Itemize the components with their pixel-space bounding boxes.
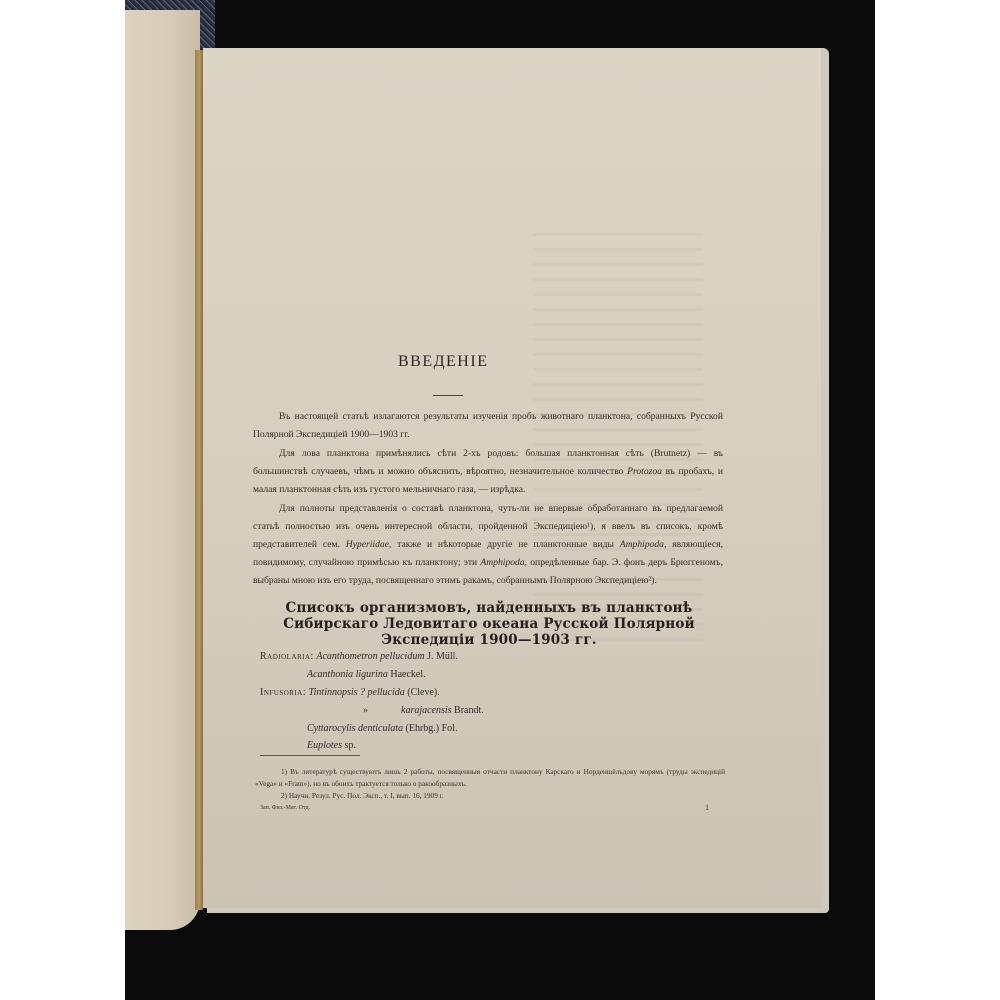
title-divider [433, 395, 463, 396]
footnote-1: 1) Въ литературѣ существуютъ лишь 2 рабо… [255, 766, 725, 790]
publication-footer: Зап. Физ.-Мат. Отд. [260, 805, 310, 811]
page-number: 1 [705, 803, 709, 812]
paragraph-2: Для лова планктона примѣнялись сѣти 2-хъ… [253, 445, 723, 499]
footnote-2: 2) Научн. Резул. Рус. Пол. Эксп., т. I, … [281, 790, 444, 802]
organism-row: Infusoria: Tintinnopsis ? pellucida (Cle… [260, 687, 440, 698]
footnote-divider [260, 755, 360, 756]
paragraph-1: Въ настоящей статьѣ излагаются результат… [253, 408, 723, 444]
paragraph-3: Для полноты представленія о составѣ план… [253, 500, 723, 590]
organism-list-title: Списокъ организмовъ, найденныхъ въ планк… [255, 600, 723, 648]
photo-background: ВВЕДЕНІЕ Въ настоящей статьѣ излагаются … [125, 0, 875, 1000]
page-title: ВВЕДЕНІЕ [398, 353, 488, 371]
book-gutter [195, 50, 203, 910]
organism-row: Radiolaria: Acanthometron pellucidum J. … [260, 651, 458, 662]
organism-row: Cyttarocylis denticulata (Ehrbg.) Fol. [307, 723, 457, 734]
organism-row: » karajacensis Brandt. [363, 705, 484, 716]
organism-row: Euplotes sp. [307, 740, 356, 751]
document-page: ВВЕДЕНІЕ Въ настоящей статьѣ излагаются … [203, 48, 821, 908]
left-page [125, 10, 200, 930]
organism-row: Acanthonia ligurina Haeckel. [307, 669, 426, 680]
